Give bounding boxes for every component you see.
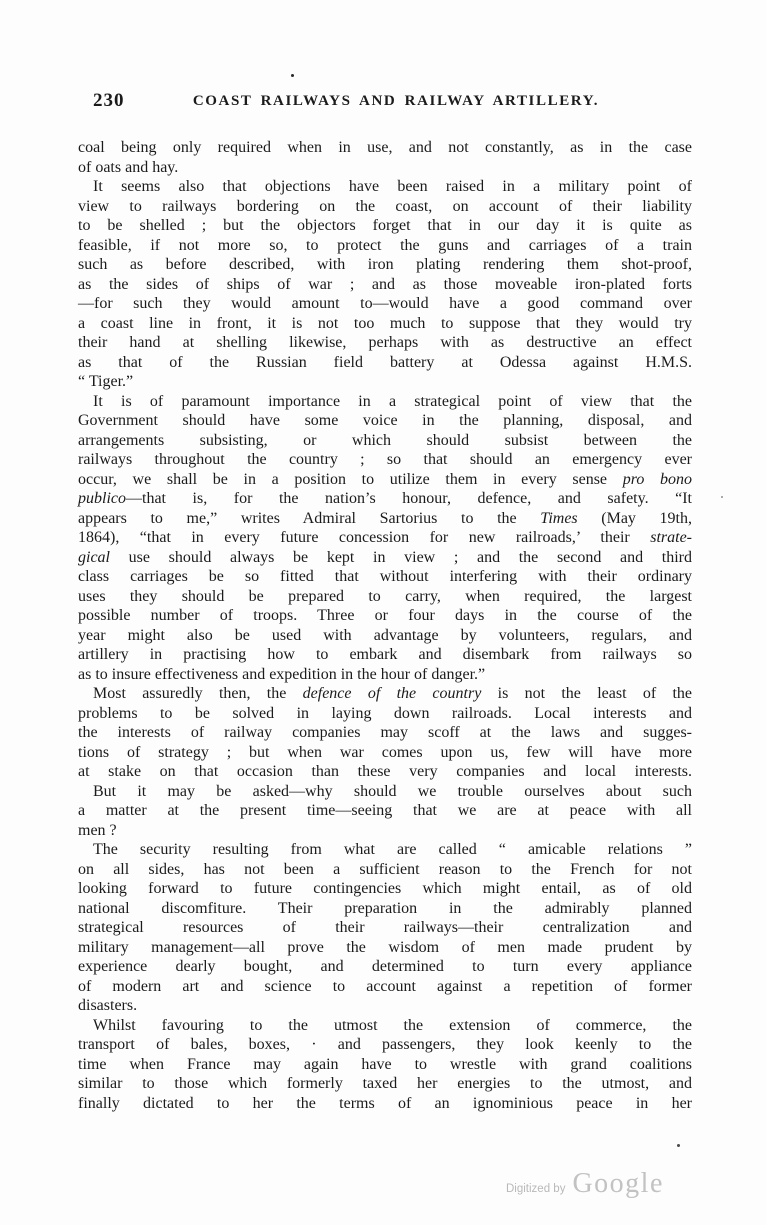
text-segment: Most assuredly then, the [93,685,303,702]
stray-ink-dot [677,1144,680,1147]
text-segment: national discomfiture. Their preparation… [78,900,692,917]
text-line: as to insure effectiveness and expeditio… [78,665,692,685]
text-line: It seems also that objections have been … [78,177,692,197]
text-line: coal being only required when in use, an… [78,138,692,158]
text-segment: 1864), “that in every future concession … [78,529,650,546]
text-line: of oats and hay. [78,158,692,178]
text-segment: use should always be kept in view ; and … [110,549,692,566]
text-segment: men ? [78,822,117,839]
text-line: Government should have some voice in the… [78,411,692,431]
text-line: such as before described, with iron plat… [78,255,692,275]
text-segment: occur, we shall be in a position to util… [78,471,623,488]
paragraph: The security resulting from what are cal… [78,840,692,1016]
text-line: as the sides of ships of war ; and as th… [78,275,692,295]
text-segment: class carriages be so fitted that withou… [78,568,692,585]
text-segment: is not the least of the [481,685,692,702]
text-line: railways throughout the country ; so tha… [78,450,692,470]
italic-text-segment: publico [78,490,126,507]
text-segment: finally dictated to her the terms of an … [78,1095,692,1112]
text-line: uses they should be prepared to carry, w… [78,587,692,607]
text-line: transport of bales, boxes, · and passeng… [78,1035,692,1055]
text-line: —for such they would amount to—would hav… [78,294,692,314]
text-line: It is of paramount importance in a strat… [78,392,692,412]
text-segment: artillery in practising how to embark an… [78,646,692,663]
text-segment: at stake on that occasion than these ver… [78,763,692,780]
text-line: possible number of troops. Three or four… [78,606,692,626]
text-segment: transport of bales, boxes, · and passeng… [78,1036,692,1053]
text-segment: of oats and hay. [78,159,178,176]
text-line: Whilst favouring to the utmost the exten… [78,1016,692,1036]
text-line: similar to those which formerly taxed he… [78,1074,692,1094]
text-segment: their hand at shelling likewise, perhaps… [78,334,692,351]
text-line: tions of strategy ; but when war comes u… [78,743,692,763]
stray-ink-dot [721,496,723,498]
text-segment: looking forward to future contingencies … [78,880,692,897]
text-line: time when France may again have to wrest… [78,1055,692,1075]
text-segment: as that of the Russian field battery at … [78,354,692,371]
text-line: view to railways bordering on the coast,… [78,197,692,217]
text-line: experience dearly bought, and determined… [78,957,692,977]
text-line: Most assuredly then, the defence of the … [78,684,692,704]
text-segment: military management—all prove the wisdom… [78,939,692,956]
text-line: class carriages be so fitted that withou… [78,567,692,587]
text-segment: —that is, for the nation’s honour, defen… [126,490,692,507]
text-line: a matter at the present time—seeing that… [78,801,692,821]
text-segment: But it may be asked—why should we troubl… [93,783,692,800]
page-body: coal being only required when in use, an… [78,138,692,1113]
text-segment: experience dearly bought, and determined… [78,958,692,975]
text-segment: arrangements subsisting, or which should… [78,432,692,449]
italic-text-segment: defence of the country [303,685,482,702]
page-header: 230 COAST RAILWAYS AND RAILWAY ARTILLERY… [78,90,692,112]
text-line: disasters. [78,996,692,1016]
text-line: publico—that is, for the nation’s honour… [78,489,692,509]
running-title: COAST RAILWAYS AND RAILWAY ARTILLERY. [78,90,692,112]
text-segment: uses they should be prepared to carry, w… [78,588,692,605]
text-segment: problems to be solved in laying down rai… [78,705,692,722]
text-segment: similar to those which formerly taxed he… [78,1075,692,1092]
text-line: looking forward to future contingencies … [78,879,692,899]
text-segment: feasible, if not more so, to protect the… [78,237,692,254]
text-line: finally dictated to her the terms of an … [78,1094,692,1114]
text-segment: coal being only required when in use, an… [78,139,692,156]
italic-text-segment: strate- [650,529,692,546]
text-segment: possible number of troops. Three or four… [78,607,692,624]
italic-text-segment: pro bono [623,471,692,488]
stray-ink-dot [291,74,294,77]
paragraph: It seems also that objections have been … [78,177,692,392]
text-line: The security resulting from what are cal… [78,840,692,860]
google-logo: Google [572,1168,663,1200]
text-segment: disasters. [78,997,137,1014]
text-segment: The security resulting from what are cal… [93,841,692,858]
text-line: national discomfiture. Their preparation… [78,899,692,919]
text-segment: (May 19th, [578,510,692,527]
text-segment: view to railways bordering on the coast,… [78,198,692,215]
paragraph: But it may be asked—why should we troubl… [78,782,692,841]
text-segment: time when France may again have to wrest… [78,1056,692,1073]
watermark-prefix-label: Digitized by [506,1183,565,1195]
italic-text-segment: gical [78,549,110,566]
text-segment: It is of paramount importance in a strat… [93,393,692,410]
text-segment: year might also be used with advantage b… [78,627,692,644]
text-line: to be shelled ; but the objectors forget… [78,216,692,236]
text-line: at stake on that occasion than these ver… [78,762,692,782]
text-segment: strategical resources of their railways—… [78,919,692,936]
text-line: feasible, if not more so, to protect the… [78,236,692,256]
text-segment: tions of strategy ; but when war comes u… [78,744,692,761]
text-line: their hand at shelling likewise, perhaps… [78,333,692,353]
text-line: problems to be solved in laying down rai… [78,704,692,724]
text-segment: Whilst favouring to the utmost the exten… [93,1017,692,1034]
text-segment: to be shelled ; but the objectors forget… [78,217,692,234]
paragraph: coal being only required when in use, an… [78,138,692,177]
text-line: a coast line in front, it is not too muc… [78,314,692,334]
text-line: But it may be asked—why should we troubl… [78,782,692,802]
text-line: artillery in practising how to embark an… [78,645,692,665]
text-segment: Government should have some voice in the… [78,412,692,429]
text-segment: appears to me,” writes Admiral Sartorius… [78,510,540,527]
text-line: men ? [78,821,692,841]
text-line: strategical resources of their railways—… [78,918,692,938]
text-line: military management—all prove the wisdom… [78,938,692,958]
text-line: occur, we shall be in a position to util… [78,470,692,490]
text-segment: on all sides, has not been a sufficient … [78,861,692,878]
text-segment: as to insure effectiveness and expeditio… [78,666,485,683]
text-line: 1864), “that in every future concession … [78,528,692,548]
text-segment: of modern art and science to account aga… [78,978,692,995]
text-line: appears to me,” writes Admiral Sartorius… [78,509,692,529]
text-line: of modern art and science to account aga… [78,977,692,997]
text-segment: —for such they would amount to—would hav… [78,295,692,312]
italic-text-segment: Times [540,510,577,527]
text-line: arrangements subsisting, or which should… [78,431,692,451]
digitization-watermark: Digitized by Google [506,1168,664,1200]
text-segment: a coast line in front, it is not too muc… [78,315,692,332]
text-line: “ Tiger.” [78,372,692,392]
text-segment: a matter at the present time—seeing that… [78,802,692,819]
text-line: gical use should always be kept in view … [78,548,692,568]
text-segment: the interests of railway companies may s… [78,724,692,741]
paragraph: It is of paramount importance in a strat… [78,392,692,685]
text-segment: as the sides of ships of war ; and as th… [78,276,692,293]
paragraph: Whilst favouring to the utmost the exten… [78,1016,692,1114]
text-segment: “ Tiger.” [78,373,133,390]
scanned-book-page: 230 COAST RAILWAYS AND RAILWAY ARTILLERY… [0,0,766,1225]
text-line: year might also be used with advantage b… [78,626,692,646]
text-segment: It seems also that objections have been … [93,178,692,195]
paragraph: Most assuredly then, the defence of the … [78,684,692,782]
text-line: on all sides, has not been a sufficient … [78,860,692,880]
text-segment: such as before described, with iron plat… [78,256,692,273]
text-line: the interests of railway companies may s… [78,723,692,743]
text-line: as that of the Russian field battery at … [78,353,692,373]
text-segment: railways throughout the country ; so tha… [78,451,692,468]
